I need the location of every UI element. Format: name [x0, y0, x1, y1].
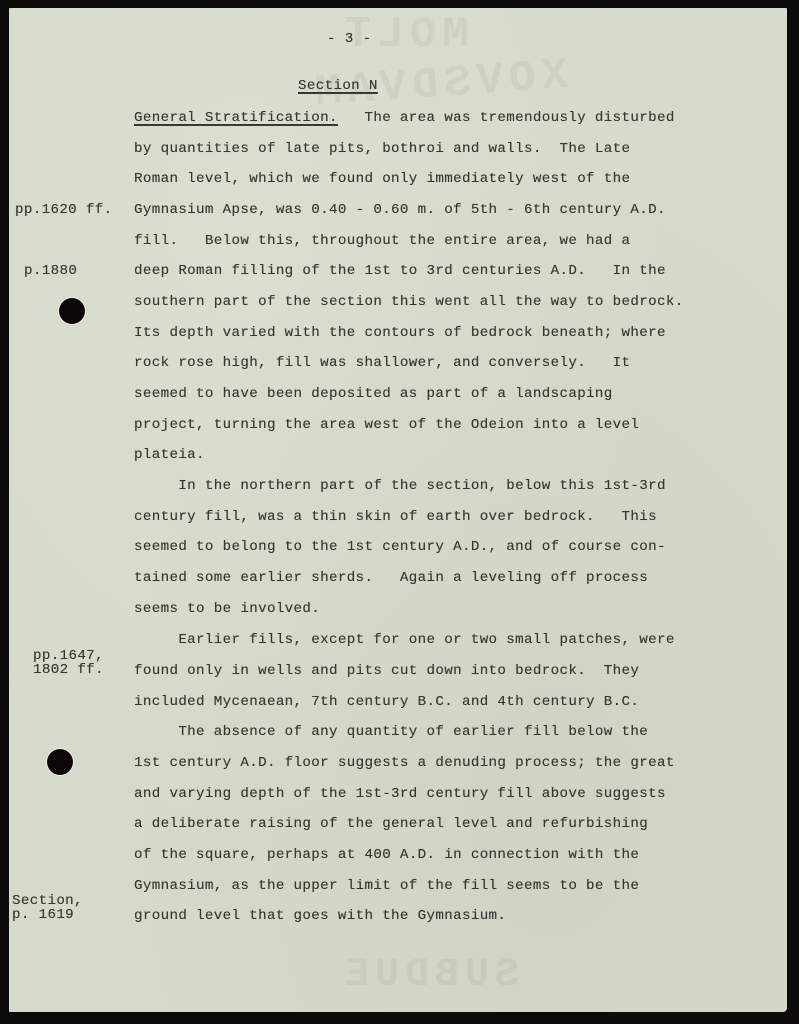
body-line: seems to be involved. [134, 601, 320, 617]
body-line: The absence of any quantity of earlier f… [134, 724, 648, 740]
body-line: by quantities of late pits, bothroi and … [134, 141, 630, 157]
body-line: Earlier fills, except for one or two sma… [134, 632, 675, 648]
page-number: - 3 - [327, 31, 371, 47]
body-line: Gymnasium, as the upper limit of the fil… [134, 878, 639, 894]
bleed-through-text: SUBDUE [339, 953, 519, 998]
body-line: project, turning the area west of the Od… [134, 417, 639, 433]
body-line: rock rose high, fill was shallower, and … [134, 355, 630, 371]
body-line: In the northern part of the section, bel… [134, 478, 666, 494]
body-line: included Mycenaean, 7th century B.C. and… [134, 694, 639, 710]
body-line: century fill, was a thin skin of earth o… [134, 509, 657, 525]
body-line: plateia. [134, 447, 205, 463]
body-line: tained some earlier sherds. Again a leve… [134, 570, 648, 586]
body-line: Gymnasium Apse, was 0.40 - 0.60 m. of 5t… [134, 202, 666, 218]
punch-hole [47, 749, 73, 775]
body-line: of the square, perhaps at 400 A.D. in co… [134, 847, 639, 863]
body-line: found only in wells and pits cut down in… [134, 663, 639, 679]
body-line: General Stratification. The area was tre… [134, 110, 675, 126]
body-line: seemed to belong to the 1st century A.D.… [134, 539, 666, 555]
body-line: seemed to have been deposited as part of… [134, 386, 613, 402]
body-line: deep Roman filling of the 1st to 3rd cen… [134, 263, 666, 279]
section-title: Section N [298, 78, 378, 94]
body-line: fill. Below this, throughout the entire … [134, 233, 630, 249]
body-line: ground level that goes with the Gymnasiu… [134, 908, 506, 924]
body-line: Its depth varied with the contours of be… [134, 325, 666, 341]
body-line: and varying depth of the 1st-3rd century… [134, 786, 666, 802]
body-line: Roman level, which we found only immedia… [134, 171, 630, 187]
body-line: 1st century A.D. floor suggests a denudi… [134, 755, 675, 771]
margin-note: pp.1647, 1802 ff. [33, 649, 104, 677]
body-line: southern part of the section this went a… [134, 294, 684, 310]
margin-note: Section, p. 1619 [12, 894, 83, 922]
punch-hole [59, 298, 85, 324]
subheading-general-stratification: General Stratification. [134, 110, 338, 126]
margin-note: pp.1620 ff. [15, 203, 113, 217]
margin-note: p.1880 [24, 264, 77, 278]
body-line: a deliberate raising of the general leve… [134, 816, 648, 832]
